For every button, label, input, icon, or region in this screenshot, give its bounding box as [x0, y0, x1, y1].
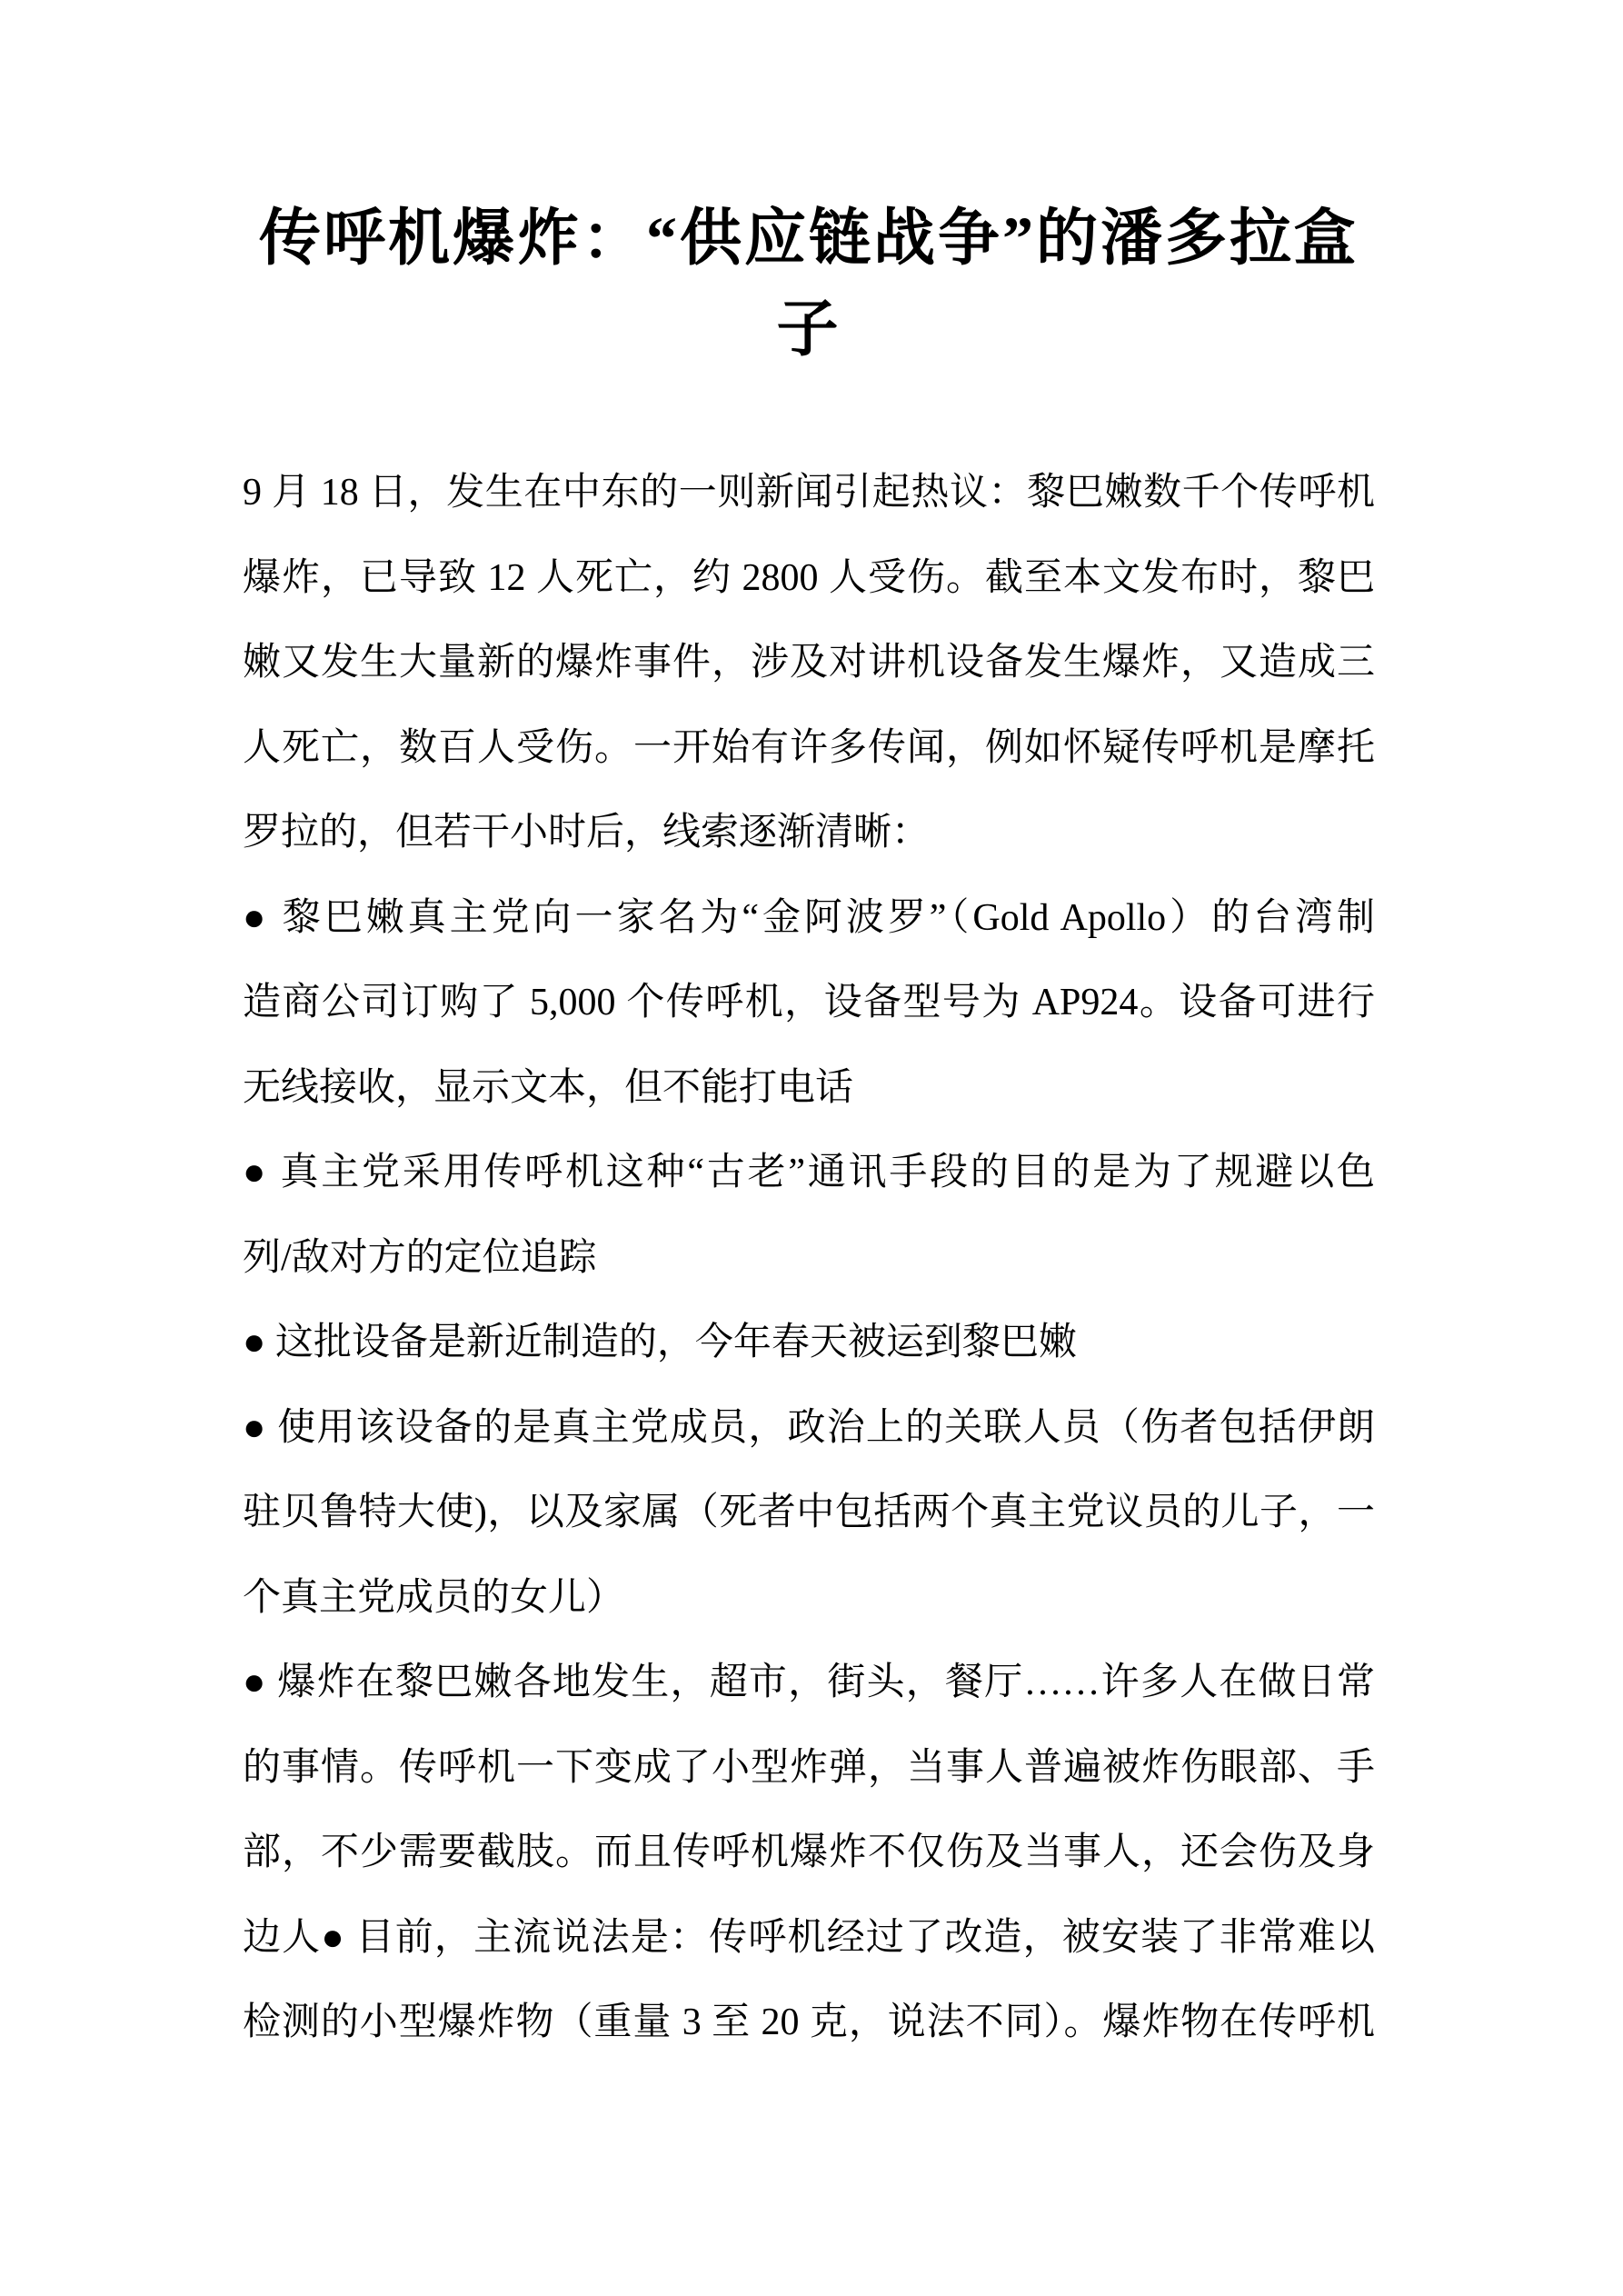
- body-text: 9 月 18 日，发生在中东的一则新闻引起热议：黎巴嫩数千个传呼机爆炸，已导致 …: [243, 451, 1375, 2066]
- text-line: 9 月 18 日，发生在中东的一则新闻引起热议：黎巴嫩数千个传呼机: [243, 451, 1375, 536]
- text-line: 嫩又发生大量新的爆炸事件，涉及对讲机设备发生爆炸，又造成三: [243, 621, 1375, 706]
- title-line-1: 传呼机爆炸：“供应链战争”的潘多拉盒: [243, 193, 1375, 284]
- text-line: ● 真主党采用传呼机这种“古老”通讯手段的目的是为了规避以色: [243, 1131, 1375, 1216]
- document-page: 传呼机爆炸：“供应链战争”的潘多拉盒 子 9 月 18 日，发生在中东的一则新闻…: [0, 0, 1623, 2296]
- text-line: 罗拉的，但若干小时后，线索逐渐清晰：: [243, 791, 1375, 876]
- text-line: 人死亡，数百人受伤。一开始有许多传闻，例如怀疑传呼机是摩托: [243, 706, 1375, 792]
- text-line: 驻贝鲁特大使)，以及家属（死者中包括两个真主党议员的儿子，一: [243, 1471, 1375, 1556]
- text-line: 检测的小型爆炸物（重量 3 至 20 克，说法不同）。爆炸物在传呼机: [243, 1981, 1375, 2066]
- text-line: ● 爆炸在黎巴嫩各地发生，超市，街头，餐厅……许多人在做日常: [243, 1641, 1375, 1726]
- text-line: ● 使用该设备的是真主党成员，政治上的关联人员（伤者包括伊朗: [243, 1386, 1375, 1472]
- text-line: 无线接收，显示文本，但不能打电话: [243, 1046, 1375, 1132]
- text-line: 爆炸，已导致 12 人死亡，约 2800 人受伤。截至本文发布时，黎巴: [243, 536, 1375, 622]
- text-line: ● 这批设备是新近制造的，今年春天被运到黎巴嫩: [243, 1301, 1375, 1386]
- text-line: 部，不少需要截肢。而且传呼机爆炸不仅伤及当事人，还会伤及身: [243, 1811, 1375, 1896]
- text-line: 边人● 目前，主流说法是：传呼机经过了改造，被安装了非常难以: [243, 1896, 1375, 1982]
- text-line: 个真主党成员的女儿）: [243, 1556, 1375, 1642]
- text-line: 的事情。传呼机一下变成了小型炸弹，当事人普遍被炸伤眼部、手: [243, 1726, 1375, 1812]
- text-line: 列/敌对方的定位追踪: [243, 1216, 1375, 1302]
- text-line: ● 黎巴嫩真主党向一家名为“金阿波罗”（Gold Apollo）的台湾制: [243, 876, 1375, 962]
- text-line: 造商公司订购了 5,000 个传呼机，设备型号为 AP924。设备可进行: [243, 961, 1375, 1046]
- title-line-2: 子: [243, 284, 1375, 374]
- document-title: 传呼机爆炸：“供应链战争”的潘多拉盒 子: [243, 193, 1375, 374]
